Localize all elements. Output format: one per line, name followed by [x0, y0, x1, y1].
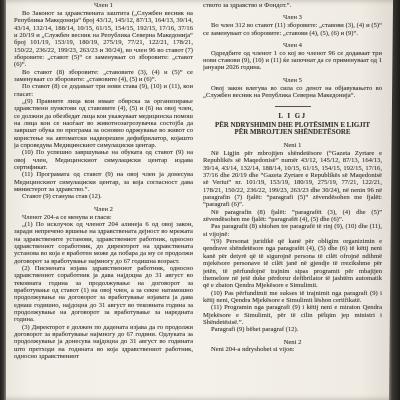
paragraph: Во Законот за здравствената заштита („Сл… [14, 10, 193, 69]
law-title: L I GJPËR NDRYSHIMIN DHE PLOTËSIMIN E LI… [203, 113, 382, 137]
scanned-gazette-page: Член 1Во Законот за здравствената заштит… [0, 0, 400, 400]
article-heading: Neni 1 [203, 142, 382, 149]
paragraph: Овој закон влегува во сила со денот на о… [203, 85, 382, 100]
paragraph: “(9) Personat juridikë që kanë për oblig… [203, 238, 382, 289]
paragraph: По ставот (8) се додаваат три нови става… [14, 83, 193, 98]
paragraph: (11) Programin nga paragrafi (9) i këtij… [203, 304, 382, 326]
article-heading: Член 5 [203, 77, 382, 84]
paragraph: Në Ligjin për mbrojtjen shëndetësore (“G… [203, 150, 382, 209]
law-title-line: PËR MBROJTJEN SHËNDETËSORE [203, 129, 382, 137]
law-title-line: L I GJ [203, 113, 382, 121]
paragraph: Paragrafi (9) bëhet paragraf (12). [203, 326, 382, 333]
paragraph: Ставот (9) станува став (12). [14, 193, 193, 200]
continuation-paragraph: ството за здравство и Фондот.“. [203, 2, 382, 9]
page-scan-edge-right [388, 0, 400, 400]
paragraph: Во ставот (8) зборовите: „ставовите (3),… [14, 69, 193, 84]
column-macedonian-text: Член 1Во Законот за здравствената заштит… [14, 2, 193, 400]
paragraph: (10) Pas përfundimit me sukses të trajni… [203, 290, 382, 305]
paragraph: Одредбите од членот 1 со кој во членот 9… [203, 50, 382, 72]
article-heading: Член 2 [14, 206, 193, 213]
paragraph: Членот 204-а се менува и гласи: [14, 214, 193, 221]
paragraph: „(1) По исклучок од членот 204 алинеја 6… [14, 221, 193, 265]
article-heading: Член 3 [203, 14, 382, 21]
paragraph: (11) Програмата од ставот (9) на овој чл… [14, 171, 193, 193]
article-heading: Член 4 [203, 42, 382, 49]
paragraph: Neni 204-a ndryshohet si vijon: [203, 346, 382, 353]
paragraph: (10) По успешно завршување на обуката од… [14, 149, 193, 171]
page-scan-edge-left [0, 0, 6, 400]
paragraph: Во член 312 во ставот (11) зборовите: „с… [203, 22, 382, 37]
column-albanian-text: ството за здравство и Фондот.“.Член 3Во … [203, 2, 382, 400]
paragraph: (3) Директорот е должен по дадената изја… [14, 324, 193, 361]
article-heading: Neni 2 [203, 339, 382, 346]
paragraph: Në paragrafin (8) fjalët: “paragrafët (3… [203, 209, 382, 224]
section-divider [275, 106, 311, 107]
paragraph: Pas paragrafit (8) shtohen tre paragrafë… [203, 223, 382, 238]
article-heading: Член 1 [14, 2, 193, 9]
paragraph: „(9) Правните лица кои имаат обврска за … [14, 98, 193, 149]
paragraph: (2) Писмената изјава здравствениот работ… [14, 265, 193, 324]
